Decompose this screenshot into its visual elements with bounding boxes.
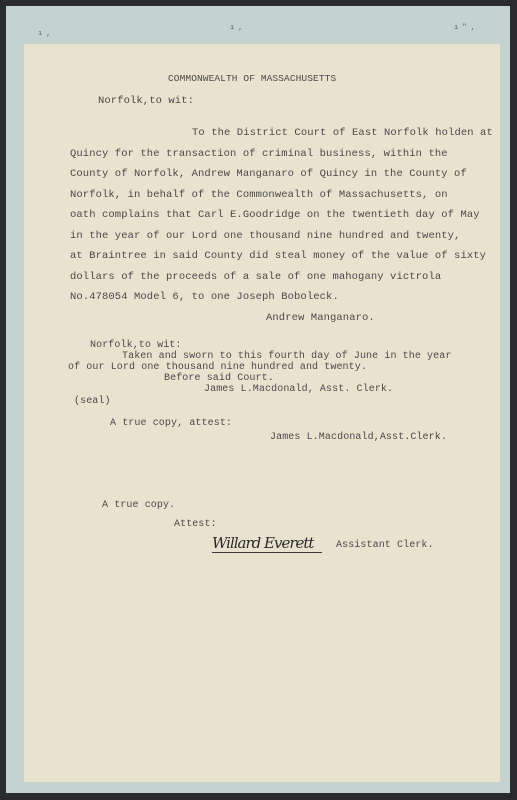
complaint-line: No.478054 Model 6, to one Joseph Bobolec… (70, 291, 339, 303)
complaint-line: Norfolk, in behalf of the Commonwealth o… (70, 189, 448, 201)
certification-attest: Attest: (174, 519, 217, 530)
certification-title: Assistant Clerk. (336, 540, 434, 551)
punch-mark: ı " , (454, 24, 475, 32)
complaint-line: oath complains that Carl E.Goodridge on … (70, 209, 480, 221)
certification-label: A true copy. (102, 500, 175, 511)
jurat-venue: Norfolk,to wit: (90, 340, 182, 351)
jurat-before: Before said Court. (164, 373, 274, 384)
punch-mark: ı , (38, 30, 51, 38)
document-title: COMMONWEALTH OF MASSACHUSETTS (168, 73, 336, 84)
complaint-line: at Braintree in said County did steal mo… (70, 250, 486, 262)
punch-mark: ı , (230, 24, 243, 32)
complainant-signature: Andrew Manganaro. (266, 312, 375, 324)
complaint-line: County of Norfolk, Andrew Manganaro of Q… (70, 168, 467, 180)
attest-label: A true copy, attest: (110, 418, 232, 429)
document-page: COMMONWEALTH OF MASSACHUSETTS Norfolk,to… (24, 44, 500, 782)
attest-clerk: James L.Macdonald,Asst.Clerk. (270, 432, 447, 443)
venue-line: Norfolk,to wit: (98, 95, 194, 107)
complaint-line: dollars of the proceeds of a sale of one… (70, 271, 441, 283)
jurat-clerk: James L.Macdonald, Asst. Clerk. (204, 384, 393, 395)
complaint-line: in the year of our Lord one thousand nin… (70, 230, 460, 242)
jurat-line: of our Lord one thousand nine hundred an… (68, 362, 367, 373)
complaint-line: To the District Court of East Norfolk ho… (192, 127, 493, 139)
complaint-line: Quincy for the transaction of criminal b… (70, 148, 448, 160)
seal-label: (seal) (74, 396, 111, 407)
handwritten-signature: Willard Everett (212, 534, 322, 553)
jurat-line: Taken and sworn to this fourth day of Ju… (122, 351, 451, 362)
